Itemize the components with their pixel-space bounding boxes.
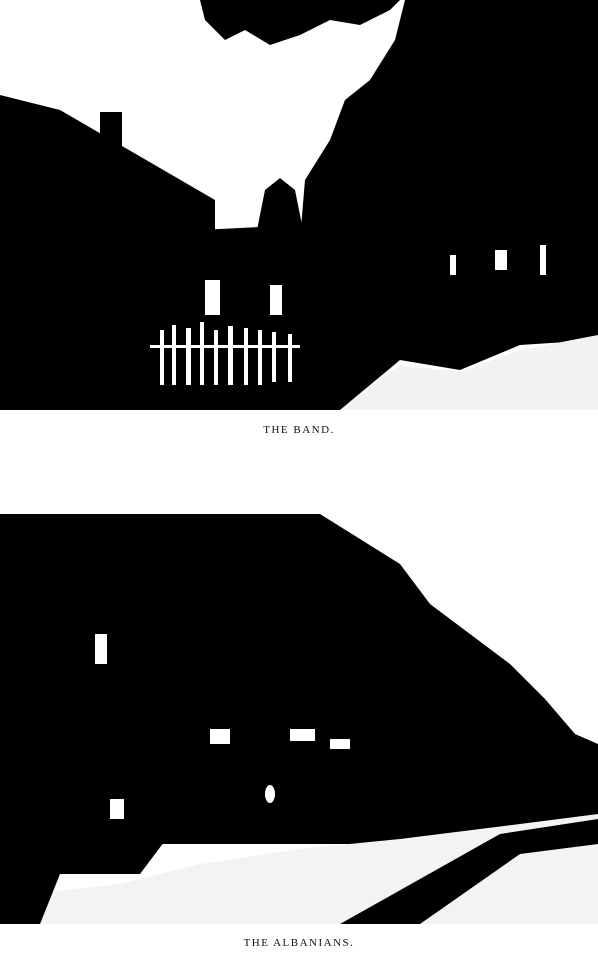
photo-the-band [0, 0, 598, 410]
photo-the-albanians [0, 514, 598, 924]
band-photo-illustration [0, 0, 598, 410]
caption-the-band: THE BAND. [0, 424, 598, 436]
caption-the-albanians: THE ALBANIANS. [0, 937, 598, 949]
albanians-photo-illustration [0, 514, 598, 924]
